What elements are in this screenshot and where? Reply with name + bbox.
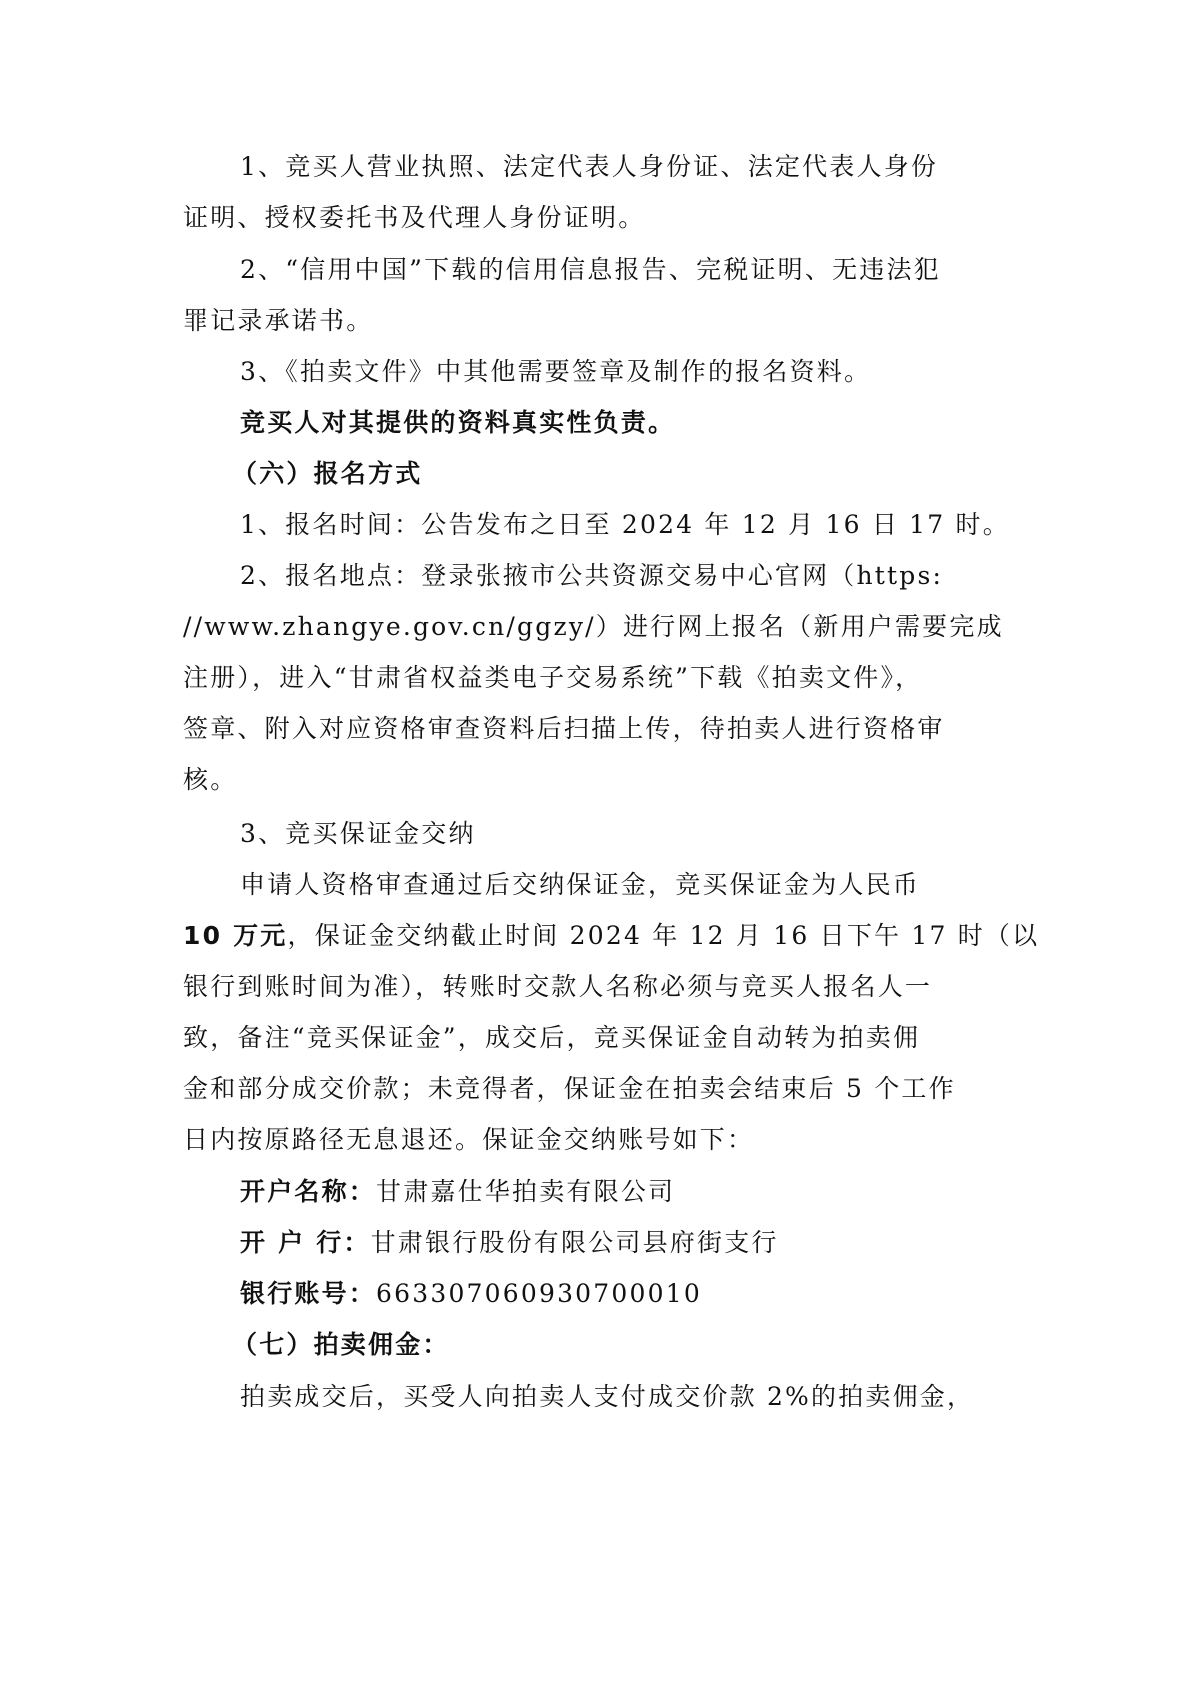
paragraph-line: 2、“信用中国”下载的信用信息报告、完税证明、无违法犯 [240, 253, 1070, 287]
bank-row: 开 户 行：甘肃银行股份有限公司县府街支行 [240, 1226, 1070, 1260]
paragraph-line: 银行到账时间为准），转账时交款人名称必须与竞买人报名人一 [183, 970, 1013, 1004]
paragraph-line: 拍卖成交后，买受人向拍卖人支付成交价款 2%的拍卖佣金， [240, 1380, 1070, 1414]
bank-label: 开 户 行： [240, 1228, 371, 1257]
paragraph-line: 注册），进入“甘肃省权益类电子交易系统”下载《拍卖文件》， [183, 661, 1013, 695]
paragraph-line: //www.zhangye.gov.cn/ggzy/）进行网上报名（新用户需要完… [183, 610, 1013, 644]
bank-value: 甘肃银行股份有限公司县府街支行 [371, 1228, 779, 1257]
account-number-label: 银行账号： [240, 1279, 376, 1308]
paragraph-line: 金和部分成交价款；未竞得者，保证金在拍卖会结束后 5 个工作 [183, 1072, 1013, 1106]
paragraph-line: 日内按原路径无息退还。保证金交纳账号如下： [183, 1123, 1013, 1157]
subsection-heading: 3、竞买保证金交纳 [240, 817, 1070, 851]
bold-statement: 竞买人对其提供的资料真实性负责。 [240, 406, 1070, 440]
paragraph-line: 2、报名地点：登录张掖市公共资源交易中心官网（https: [240, 559, 1070, 593]
paragraph-line: 10 万元，保证金交纳截止时间 2024 年 12 月 16 日下午 17 时（… [183, 919, 1013, 953]
deposit-amount: 10 万元 [183, 921, 288, 950]
account-number-value: 663307060930700010 [376, 1279, 702, 1308]
paragraph-line: 签章、附入对应资格审查资料后扫描上传，待拍卖人进行资格审 [183, 712, 1013, 746]
paragraph-line: 核。 [183, 763, 1013, 797]
paragraph-line: 申请人资格审查通过后交纳保证金，竞买保证金为人民币 [240, 868, 1070, 902]
paragraph-line: 1、报名时间：公告发布之日至 2024 年 12 月 16 日 17 时。 [240, 508, 1070, 542]
paragraph-line: 证明、授权委托书及代理人身份证明。 [183, 201, 1013, 235]
paragraph-line: 3、《拍卖文件》中其他需要签章及制作的报名资料。 [240, 355, 1070, 389]
section-heading-6: （六）报名方式 [232, 457, 1062, 491]
account-name-label: 开户名称： [240, 1177, 376, 1206]
paragraph-line: 罪记录承诺书。 [183, 304, 1013, 338]
account-name-row: 开户名称：甘肃嘉仕华拍卖有限公司 [240, 1175, 1070, 1209]
account-name-value: 甘肃嘉仕华拍卖有限公司 [376, 1177, 675, 1206]
paragraph-line: 1、竞买人营业执照、法定代表人身份证、法定代表人身份 [240, 150, 1070, 184]
section-heading-7: （七）拍卖佣金： [232, 1328, 1062, 1362]
account-number-row: 银行账号：663307060930700010 [240, 1277, 1070, 1311]
paragraph-line: 致，备注“竞买保证金”，成交后，竞买保证金自动转为拍卖佣 [183, 1021, 1013, 1055]
